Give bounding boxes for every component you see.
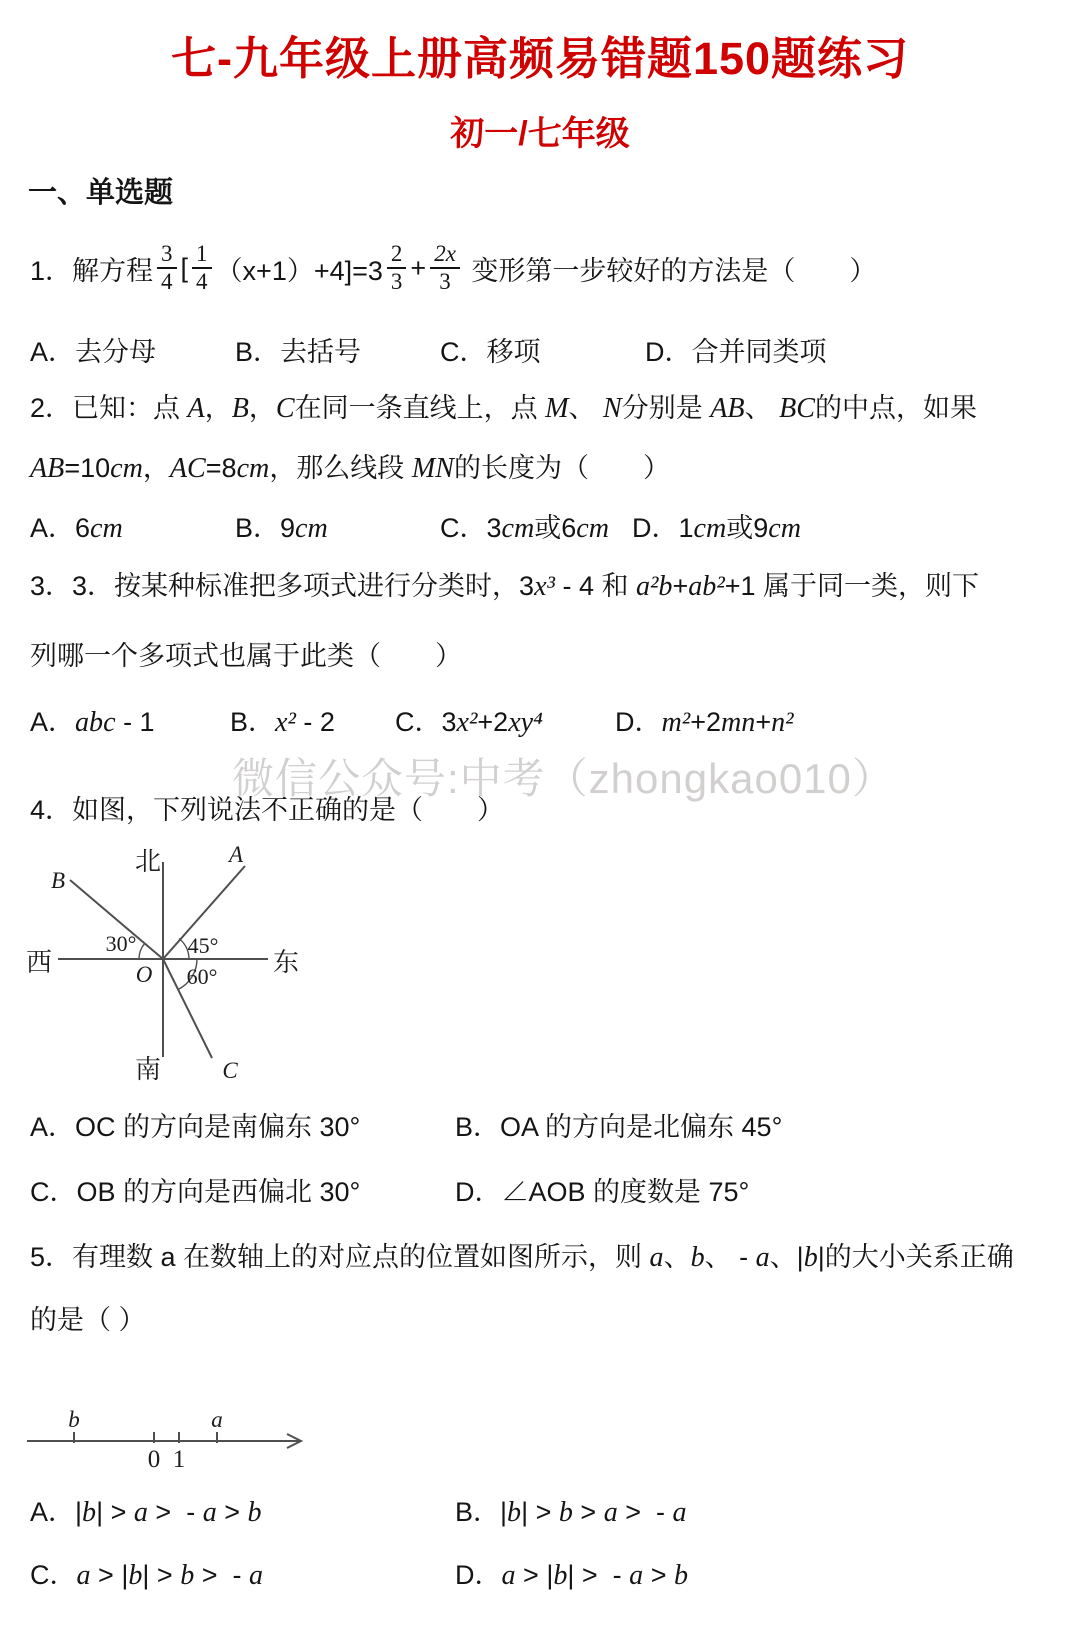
q1-option-b: B．去括号: [235, 330, 361, 369]
compass-north-label: 北: [135, 846, 161, 876]
question-5-stem-line1: 5．有理数 a 在数轴上的对应点的位置如图所示，则 a、b、 - a、|b|的大…: [30, 1235, 1014, 1274]
q4-option-a: A．OC 的方向是南偏东 30°: [30, 1105, 360, 1144]
worksheet-page: 七-九年级上册高频易错题150题练习 初一/七年级 一、单选题 1．解方程34[…: [0, 0, 1080, 1637]
page-title: 七-九年级上册高频易错题150题练习: [0, 22, 1080, 87]
angle-45-label: 45°: [188, 933, 219, 958]
question-2-stem-line1: 2．已知：点 A，B，C在同一条直线上，点 M、 N分别是 AB、 BC的中点，…: [30, 386, 977, 425]
compass-origin-label: O: [136, 962, 153, 987]
q1-option-a: A．去分母: [30, 330, 156, 369]
compass-point-b-label: B: [51, 868, 65, 893]
q3-option-b: B．x² - 2: [230, 700, 335, 739]
q1-option-d: D．合并同类项: [645, 330, 827, 369]
compass-point-a-label: A: [227, 842, 244, 867]
q4-option-c: C．OB 的方向是西偏北 30°: [30, 1170, 360, 1209]
question-4-stem: 4．如图，下列说法不正确的是（ ）: [30, 788, 504, 827]
compass-diagram: 北 南 西 东 A B C O 30° 45° 60°: [18, 832, 318, 1082]
numberline-one-label: 1: [173, 1446, 186, 1473]
page-subtitle: 初一/七年级: [0, 106, 1080, 155]
angle-30-label: 30°: [106, 931, 137, 956]
compass-east-label: 东: [273, 947, 299, 977]
numberline-a-label: a: [211, 1407, 223, 1432]
question-3-stem-line2: 列哪一个多项式也属于此类（ ）: [30, 634, 462, 673]
numberline-zero-label: 0: [148, 1446, 161, 1473]
q5-option-a: A．|b| > a > - a > b: [30, 1490, 262, 1529]
q2-option-d: D．1cm或9cm: [632, 506, 801, 545]
q5-option-c: C．a > |b| > b > - a: [30, 1553, 263, 1592]
question-1-stem: 1．解方程34[14（x+1）+4]=323+2x3 变形第一步较好的方法是（ …: [30, 222, 876, 314]
q1-option-c: C．移项: [440, 330, 541, 369]
angle-arc-30: [139, 944, 144, 959]
compass-south-label: 南: [135, 1054, 161, 1082]
q5-option-d: D．a > |b| > - a > b: [455, 1553, 688, 1592]
q5-option-b: B．|b| > b > a > - a: [455, 1490, 687, 1529]
q4-option-b: B．OA 的方向是北偏东 45°: [455, 1105, 782, 1144]
question-5-stem-line2: 的是（ ）: [30, 1298, 146, 1337]
q4-option-d: D．∠AOB 的度数是 75°: [455, 1170, 749, 1209]
q2-option-a: A．6cm: [30, 506, 123, 545]
section-heading: 一、单选题: [28, 170, 173, 211]
question-3-stem-line1: 3．3．按某种标准把多项式进行分类时，3x³ - 4 和 a²b+ab²+1 属…: [30, 564, 979, 603]
q3-option-a: A．abc - 1: [30, 700, 155, 739]
q3-option-d: D．m²+2mn+n²: [615, 700, 794, 739]
question-2-stem-line2: AB=10cm，AC=8cm，那么线段 MN的长度为（ ）: [30, 446, 670, 485]
numberline-b-label: b: [68, 1407, 80, 1432]
angle-60-label: 60°: [187, 964, 218, 989]
compass-west-label: 西: [26, 947, 52, 977]
q2-option-b: B．9cm: [235, 506, 328, 545]
compass-point-c-label: C: [222, 1058, 238, 1082]
q3-option-c: C．3x²+2xy⁴: [395, 700, 543, 739]
q2-option-c: C．3cm或6cm: [440, 506, 609, 545]
numberline-diagram: b a 0 1: [25, 1405, 345, 1485]
